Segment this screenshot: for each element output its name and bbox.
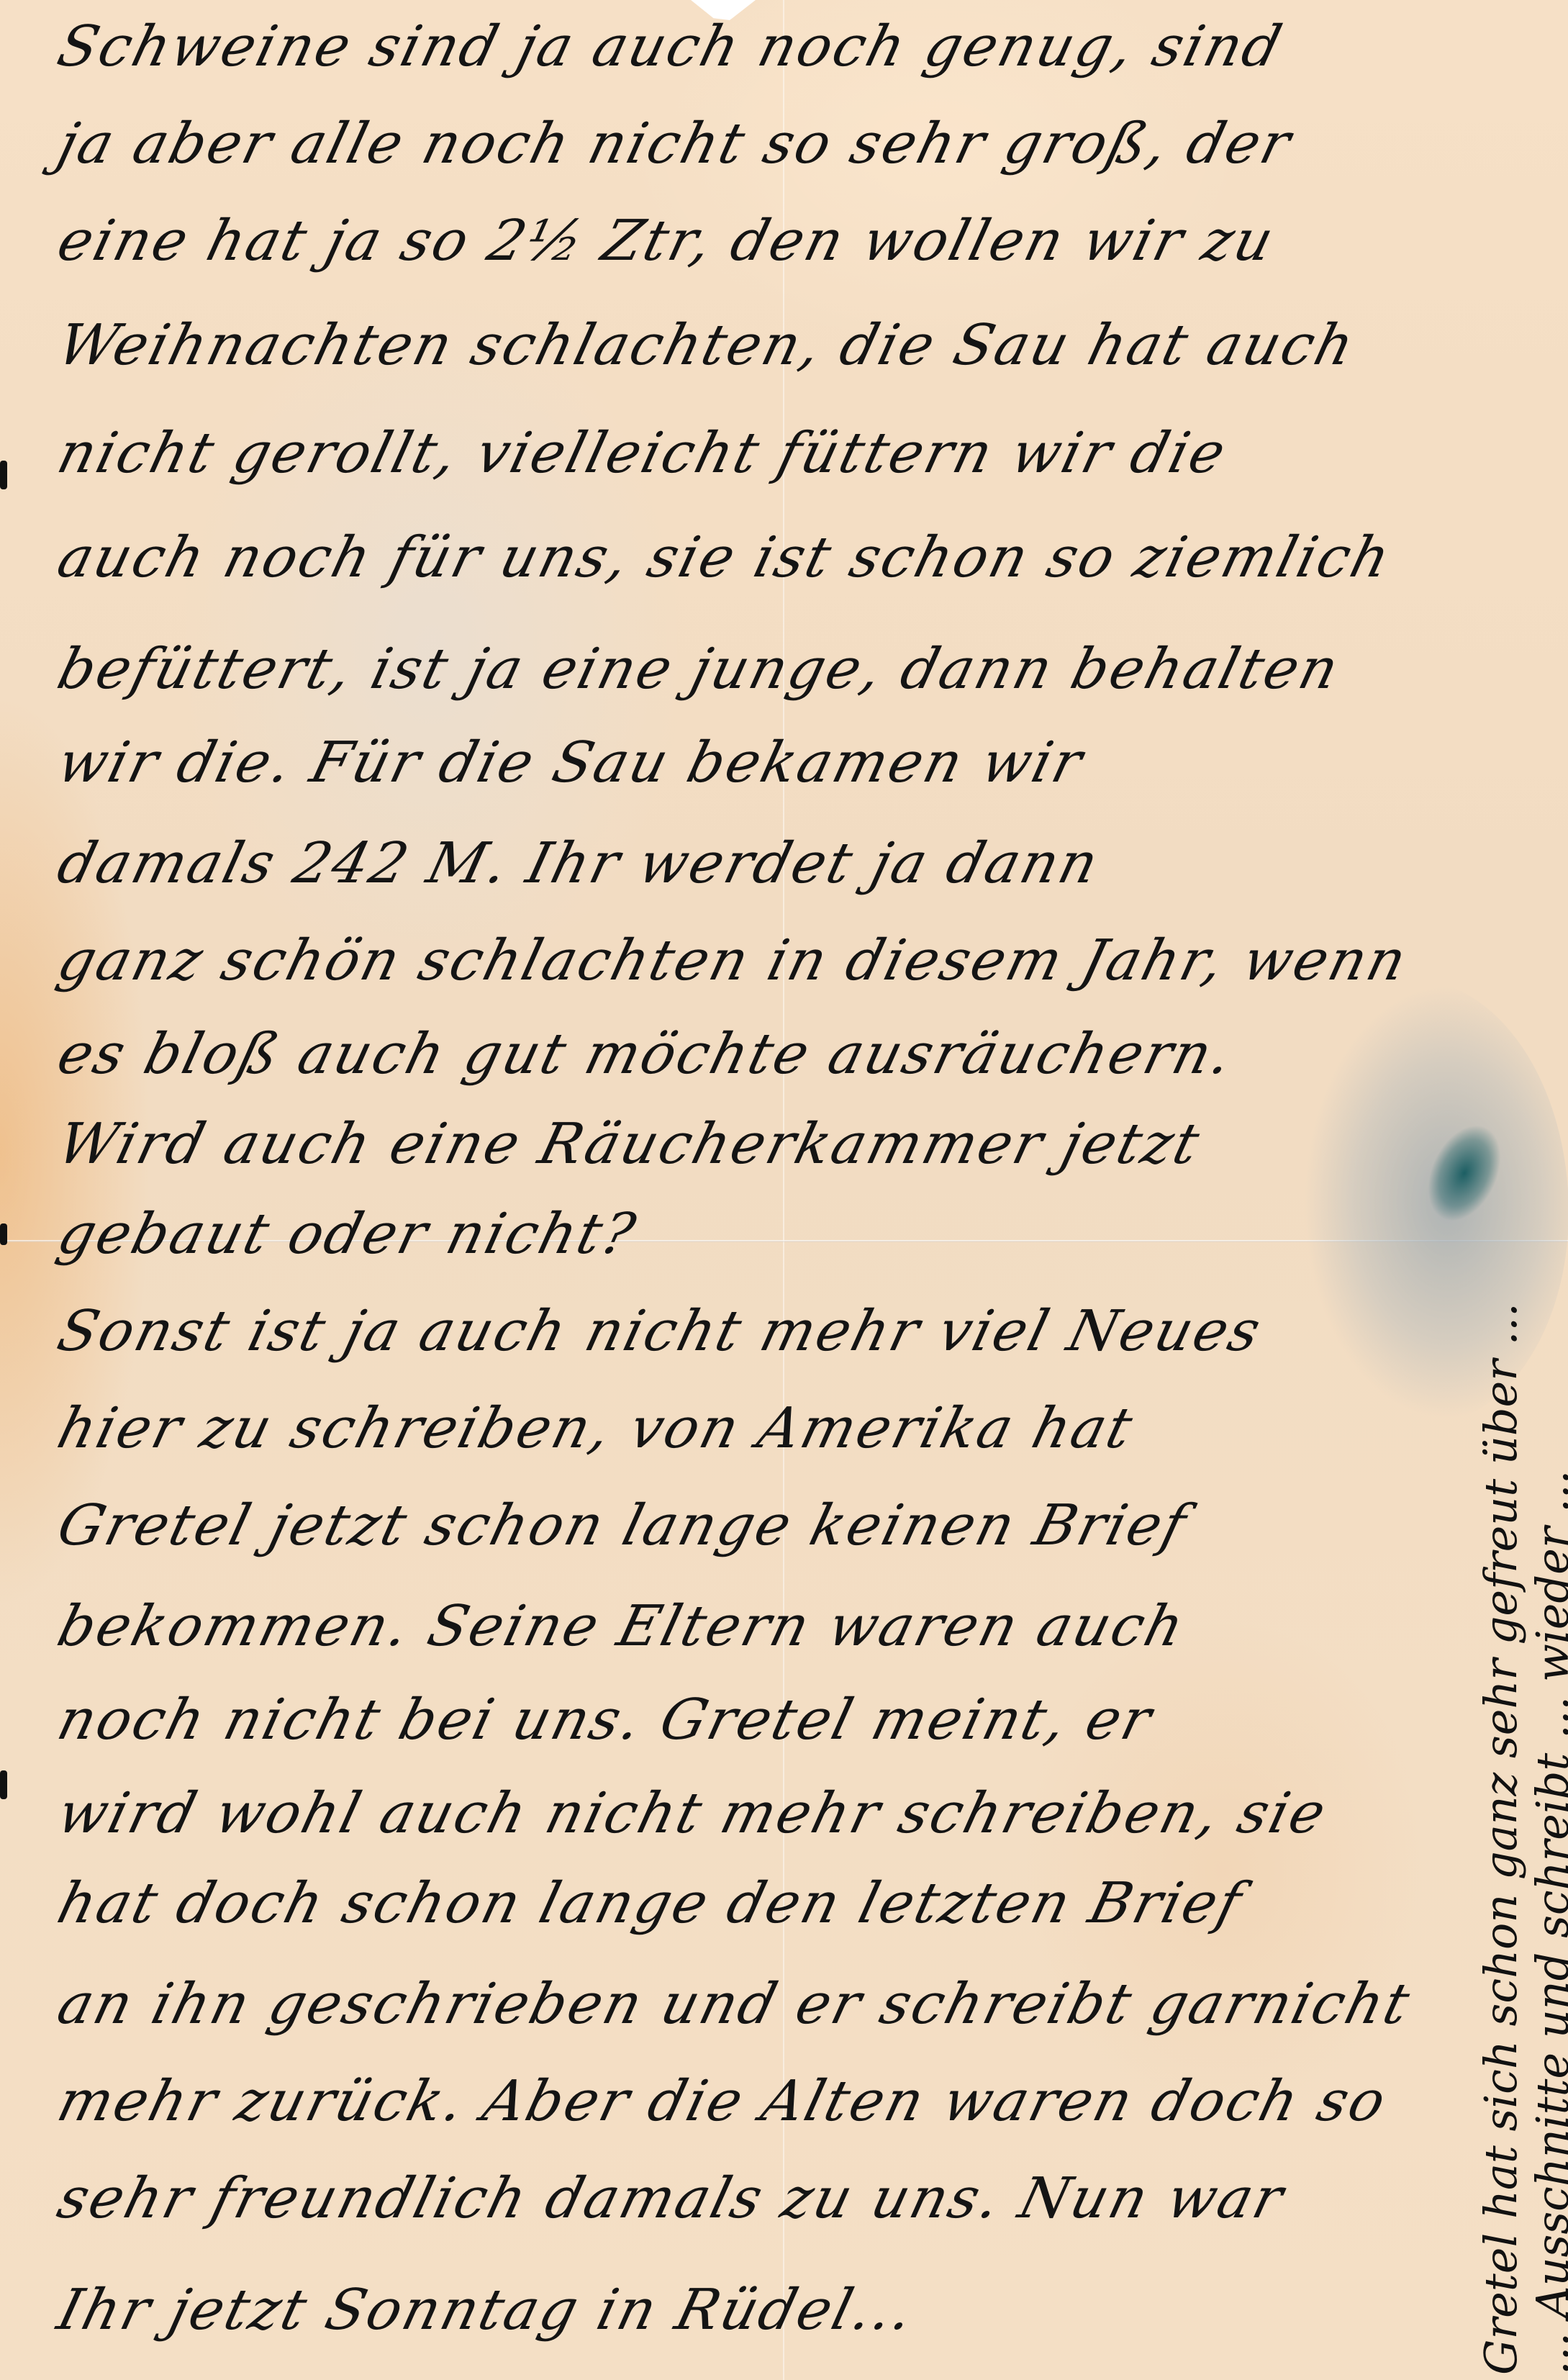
- letter-line: ja aber alle noch nicht so sehr groß, de…: [50, 108, 1436, 180]
- letter-line: gebaut oder nicht?: [50, 1198, 1436, 1270]
- letter-line: bekommen. Seine Eltern waren auch: [50, 1591, 1436, 1662]
- letter-line: Sonst ist ja auch nicht mehr viel Neues: [50, 1295, 1436, 1367]
- margin-note-line: ... Ausschnitte und schreibt ... wieder …: [1527, 1303, 1568, 2375]
- left-edge-ink-mark: [0, 461, 7, 489]
- letter-line: Schweine sind ja auch noch genug, sind: [50, 11, 1436, 83]
- letter-line: damals 242 M. Ihr werdet ja dann: [50, 828, 1436, 900]
- letter-line: Gretel jetzt schon lange keinen Brief: [50, 1490, 1436, 1562]
- letter-line: nicht gerollt, vielleicht füttern wir di…: [50, 417, 1436, 489]
- letter-line: Weihnachten schlachten, die Sau hat auch: [50, 309, 1436, 381]
- letter-line: es bloß auch gut möchte ausräuchern.: [50, 1018, 1436, 1090]
- letter-line: Ihr jetzt Sonntag in Rüdel...: [50, 2274, 1436, 2346]
- letter-line: hier zu schreiben, von Amerika hat: [50, 1393, 1436, 1465]
- letter-line: Wird auch eine Räucherkammer jetzt: [50, 1108, 1436, 1180]
- margin-note-line: Gretel hat sich schon ganz sehr gefreut …: [1475, 1303, 1527, 2375]
- letter-line: eine hat ja so 2½ Ztr, den wollen wir zu: [50, 205, 1436, 277]
- letter-line: noch nicht bei uns. Gretel meint, er: [50, 1684, 1436, 1756]
- letter-line: ganz schön schlachten in diesem Jahr, we…: [50, 925, 1436, 997]
- letter-line: wird wohl auch nicht mehr schreiben, sie: [50, 1778, 1436, 1850]
- letter-line: auch noch für uns, sie ist schon so ziem…: [50, 522, 1436, 594]
- margin-note: Gretel hat sich schon ganz sehr gefreut …: [1475, 1303, 1568, 2375]
- letter-line: an ihn geschrieben und er schreibt garni…: [50, 1968, 1436, 2040]
- letter-line: sehr freundlich damals zu uns. Nun war: [50, 2163, 1436, 2235]
- letter-line: mehr zurück. Aber die Alten waren doch s…: [50, 2065, 1436, 2137]
- left-edge-ink-mark: [0, 1770, 7, 1799]
- letter-line: befüttert, ist ja eine junge, dann behal…: [50, 633, 1436, 705]
- left-edge-ink-mark: [0, 1223, 7, 1245]
- letter-line: wir die. Für die Sau bekamen wir: [50, 727, 1436, 799]
- letter-line: hat doch schon lange den letzten Brief: [50, 1868, 1436, 1940]
